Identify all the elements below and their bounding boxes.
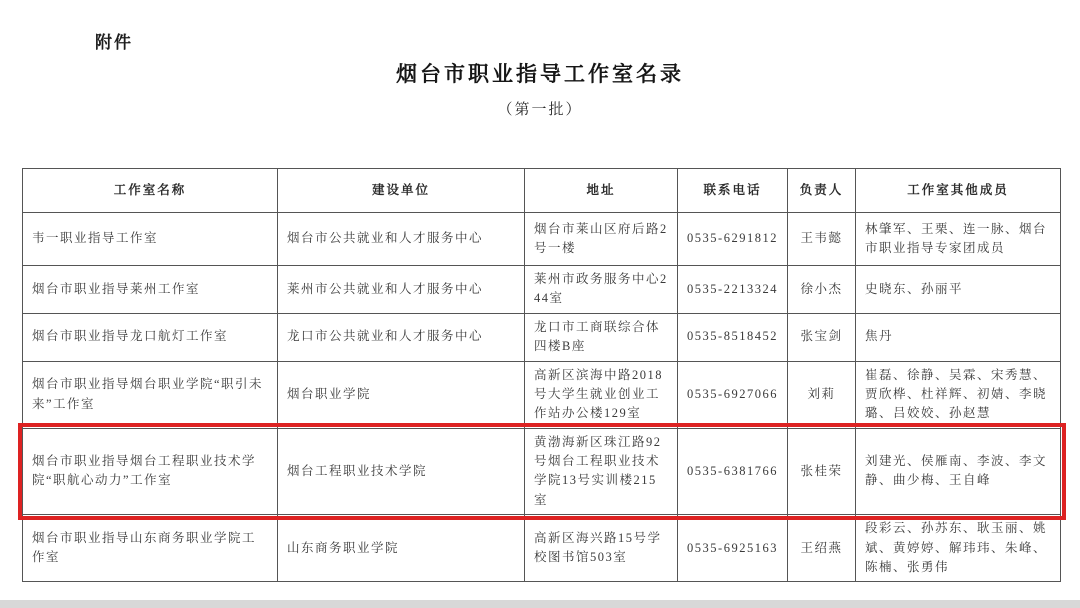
phone-cell: 0535-2213324: [678, 266, 788, 314]
leader-cell: 张桂荣: [788, 428, 856, 515]
leader-cell: 徐小杰: [788, 266, 856, 314]
builder-unit-cell: 烟台职业学院: [278, 361, 525, 428]
members-cell: 刘建光、侯雁南、李波、李文静、曲少梅、王自峰: [856, 428, 1061, 515]
members-cell: 崔磊、徐静、吴霖、宋秀慧、贾欣桦、杜祥辉、初婧、李晓璐、吕姣姣、孙赵慧: [856, 361, 1061, 428]
column-header: 地址: [525, 169, 678, 213]
phone-cell: 0535-6291812: [678, 213, 788, 266]
studio-name-cell: 烟台市职业指导莱州工作室: [23, 266, 278, 314]
address-cell: 高新区滨海中路2018号大学生就业创业工作站办公楼129室: [525, 361, 678, 428]
builder-unit-cell: 龙口市公共就业和人才服务中心: [278, 313, 525, 361]
column-header: 工作室名称: [23, 169, 278, 213]
address-cell: 莱州市政务服务中心244室: [525, 266, 678, 314]
column-header: 工作室其他成员: [856, 169, 1061, 213]
studio-name-cell: 烟台市职业指导烟台工程职业技术学院“职航心动力”工作室: [23, 428, 278, 515]
table-row-highlighted: 烟台市职业指导烟台工程职业技术学院“职航心动力”工作室烟台工程职业技术学院黄渤海…: [23, 428, 1061, 515]
members-cell: 焦丹: [856, 313, 1061, 361]
phone-cell: 0535-6927066: [678, 361, 788, 428]
column-header: 联系电话: [678, 169, 788, 213]
members-cell: 林肇军、王栗、连一脉、烟台市职业指导专家团成员: [856, 213, 1061, 266]
phone-cell: 0535-6381766: [678, 428, 788, 515]
attachment-label: 附件: [95, 28, 133, 53]
builder-unit-cell: 烟台工程职业技术学院: [278, 428, 525, 515]
builder-unit-cell: 烟台市公共就业和人才服务中心: [278, 213, 525, 266]
members-cell: 段彩云、孙苏东、耿玉丽、姚斌、黄婷婷、解玮玮、朱峰、陈楠、张勇伟: [856, 515, 1061, 582]
page-subtitle: （第一批）: [0, 98, 1080, 119]
phone-cell: 0535-6925163: [678, 515, 788, 582]
builder-unit-cell: 莱州市公共就业和人才服务中心: [278, 266, 525, 314]
header-row: 工作室名称建设单位地址联系电话负责人工作室其他成员: [23, 169, 1061, 213]
table-row: 烟台市职业指导龙口航灯工作室龙口市公共就业和人才服务中心龙口市工商联综合体四楼B…: [23, 313, 1061, 361]
bottom-edge-bar: [0, 600, 1080, 608]
builder-unit-cell: 山东商务职业学院: [278, 515, 525, 582]
address-cell: 烟台市莱山区府后路2号一楼: [525, 213, 678, 266]
page-title: 烟台市职业指导工作室名录: [0, 58, 1080, 88]
table-row: 烟台市职业指导山东商务职业学院工作室山东商务职业学院高新区海兴路15号学校图书馆…: [23, 515, 1061, 582]
address-cell: 黄渤海新区珠江路92号烟台工程职业技术学院13号实训楼215室: [525, 428, 678, 515]
studio-name-cell: 韦一职业指导工作室: [23, 213, 278, 266]
leader-cell: 王绍燕: [788, 515, 856, 582]
leader-cell: 刘莉: [788, 361, 856, 428]
table-row: 烟台市职业指导莱州工作室莱州市公共就业和人才服务中心莱州市政务服务中心244室0…: [23, 266, 1061, 314]
directory-table: 工作室名称建设单位地址联系电话负责人工作室其他成员 韦一职业指导工作室烟台市公共…: [22, 168, 1061, 582]
table-row: 烟台市职业指导烟台职业学院“职引未来”工作室烟台职业学院高新区滨海中路2018号…: [23, 361, 1061, 428]
leader-cell: 张宝剑: [788, 313, 856, 361]
leader-cell: 王韦懿: [788, 213, 856, 266]
table-body: 韦一职业指导工作室烟台市公共就业和人才服务中心烟台市莱山区府后路2号一楼0535…: [23, 213, 1061, 582]
members-cell: 史晓东、孙丽平: [856, 266, 1061, 314]
column-header: 负责人: [788, 169, 856, 213]
table-row: 韦一职业指导工作室烟台市公共就业和人才服务中心烟台市莱山区府后路2号一楼0535…: [23, 213, 1061, 266]
address-cell: 高新区海兴路15号学校图书馆503室: [525, 515, 678, 582]
column-header: 建设单位: [278, 169, 525, 213]
studio-name-cell: 烟台市职业指导烟台职业学院“职引未来”工作室: [23, 361, 278, 428]
studio-name-cell: 烟台市职业指导山东商务职业学院工作室: [23, 515, 278, 582]
studio-name-cell: 烟台市职业指导龙口航灯工作室: [23, 313, 278, 361]
address-cell: 龙口市工商联综合体四楼B座: [525, 313, 678, 361]
phone-cell: 0535-8518452: [678, 313, 788, 361]
